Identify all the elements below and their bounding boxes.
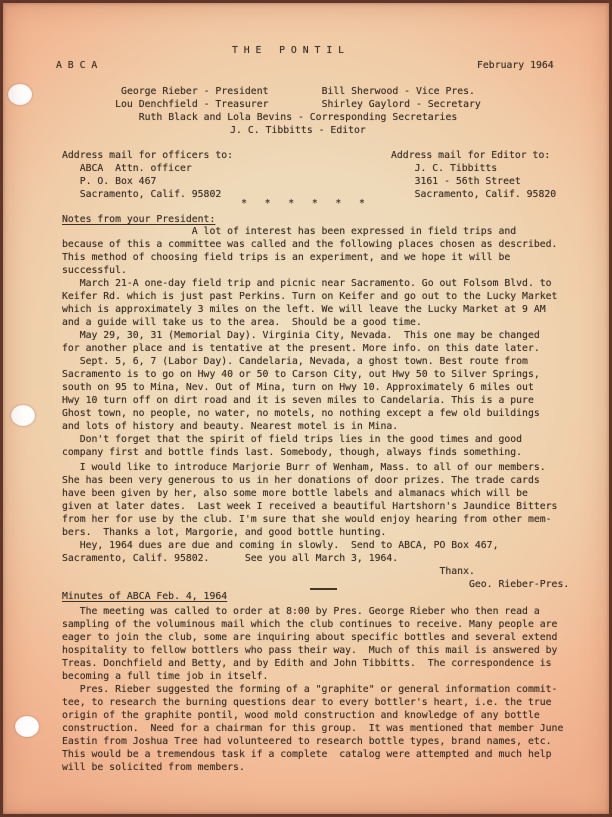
punch-hole-icon [15,716,39,737]
notes-heading-text: Notes from your President: [62,214,215,225]
org-name: A B C A [56,59,97,72]
minutes-heading: Minutes of ABCA Feb. 4, 1964 [62,590,227,603]
issue-date: February 1964 [477,59,554,72]
notes-body: A lot of interest has been expressed in … [62,225,557,459]
asterisk-separator: * * * * * * [38,197,568,210]
notes-closing: I would like to introduce Marjorie Burr … [62,461,569,591]
officers-address-block: Address mail for officers to: ABCA Attn.… [62,149,233,201]
editor-address-block: Address mail for Editor to: J. C. Tibbit… [391,149,556,201]
punch-hole-icon [11,405,35,426]
minutes-body: The meeting was called to order at 8:00 … [62,605,563,774]
minutes-heading-text: Minutes of ABCA Feb. 4, 1964 [62,591,227,602]
masthead-officers: George Rieber - President Bill Sherwood … [33,85,563,137]
section-divider-dash [310,588,337,590]
scanned-newsletter-page: T H E P O N T I L A B C A February 1964 … [0,0,612,817]
newsletter-title: T H E P O N T I L [23,44,553,57]
punch-hole-icon [8,84,32,105]
